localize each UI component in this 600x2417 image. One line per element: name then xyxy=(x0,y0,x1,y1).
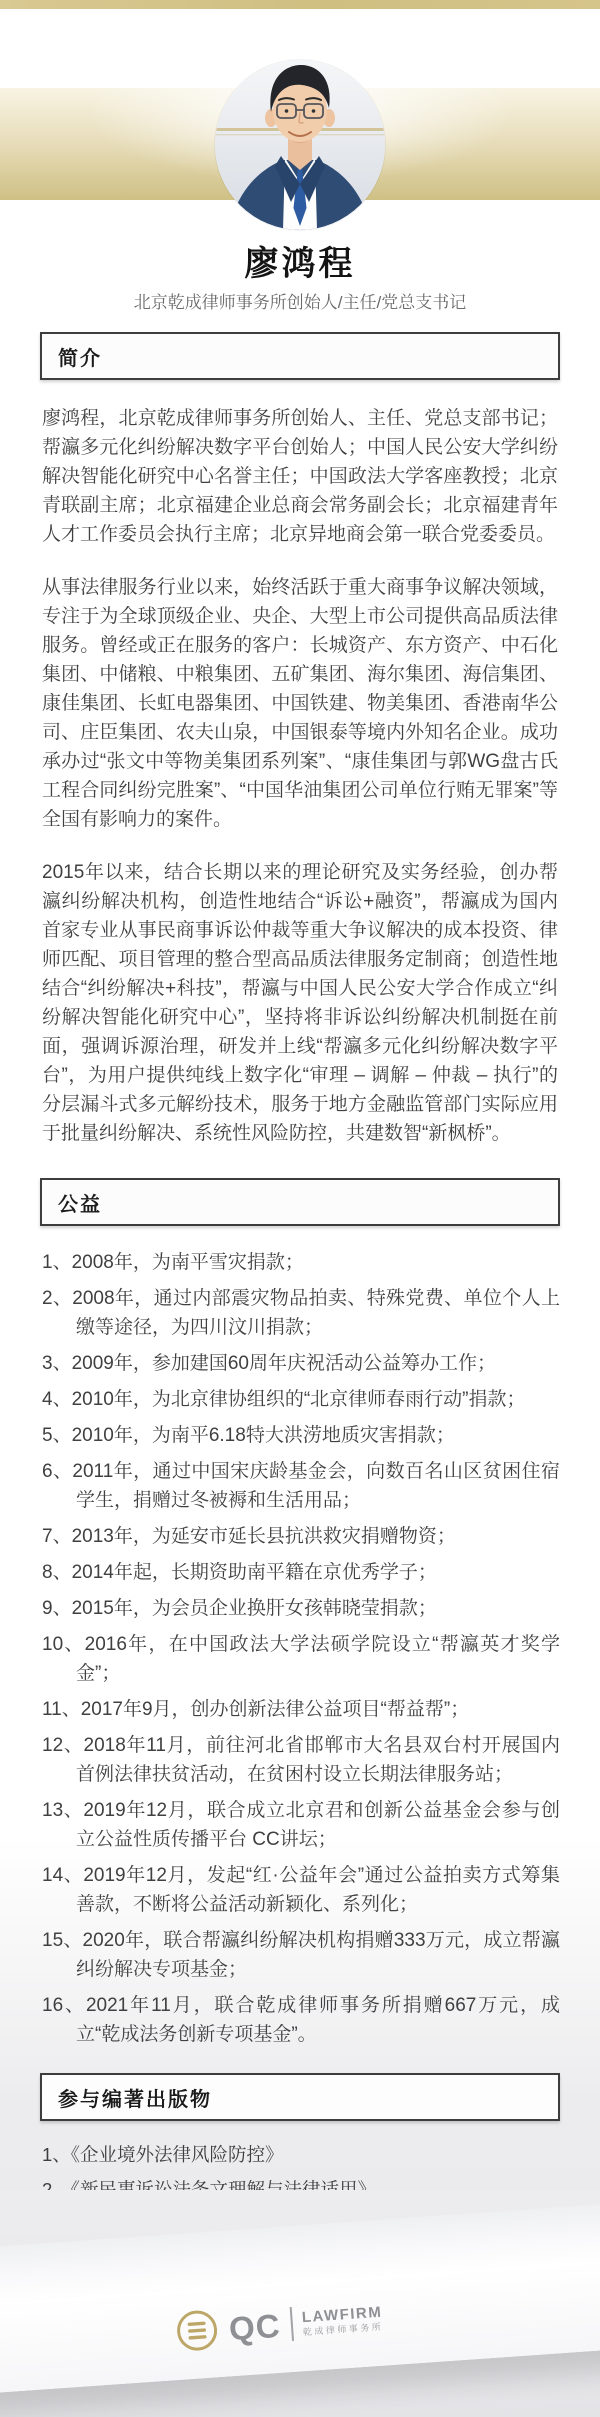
publication-list-item: 1、《企业境外法律风险防控》 xyxy=(42,2137,560,2172)
charity-list-item: 6、2011年，通过中国宋庆龄基金会，向数百名山区贫困住宿学生，捐赠过冬被褥和生… xyxy=(42,1457,560,1515)
charity-list-item: 12、2018年11月，前往河北省邯郸市大名县双台村开展国内首例法律扶贫活动，在… xyxy=(42,1731,560,1789)
charity-list-item: 7、2013年，为延安市延长县抗洪救灾捐赠物资； xyxy=(42,1522,560,1551)
charity-list-item: 11、2017年9月，创办创新法律公益项目“帮益帮”； xyxy=(42,1695,560,1724)
section-heading-publications: 参与编著出版物 xyxy=(40,2073,560,2121)
charity-list-item: 13、2019年12月，联合成立北京君和创新公益基金会参与创立公益性质传播平台 … xyxy=(42,1796,560,1854)
page-title-name: 廖鸿程 xyxy=(0,244,600,284)
intro-paragraph: 廖鸿程，北京乾成律师事务所创始人、主任、党总支部书记；帮瀛多元化纠纷解决数字平台… xyxy=(42,404,558,549)
intro-paragraph: 从事法律服务行业以来，始终活跃于重大商事争议解决领域，专注于为全球顶级企业、央企… xyxy=(42,573,558,834)
charity-list-item: 4、2010年，为北京律协组织的“北京律师春雨行动”捐款； xyxy=(42,1385,560,1414)
top-gold-strip xyxy=(0,0,600,9)
section-heading-intro: 简介 xyxy=(40,332,560,380)
firm-logo: QC LAWFIRM 乾成律师事务所 xyxy=(174,2296,385,2354)
profile-subtitle: 北京乾成律师事务所创始人/主任/党总支书记 xyxy=(0,291,600,315)
charity-list-item: 5、2010年，为南平6.18特大洪涝地质灾害捐款； xyxy=(42,1421,560,1450)
intro-paragraph: 2015年以来，结合长期以来的理论研究及实务经验，创办帮瀛纠纷解决机构，创造性地… xyxy=(42,858,558,1148)
profile-photo xyxy=(215,60,385,230)
charity-list-item: 10、2016年，在中国政法大学法硕学院设立“帮瀛英才奖学金”； xyxy=(42,1630,560,1688)
charity-list-item: 8、2014年起，长期资助南平籍在京优秀学子； xyxy=(42,1558,560,1587)
section-heading-charity: 公益 xyxy=(40,1178,560,1226)
qc-circle-logo-icon xyxy=(174,2307,221,2354)
footer-photo-area: QC LAWFIRM 乾成律师事务所 xyxy=(0,2190,600,2417)
charity-list-item: 2、2008年，通过内部震灾物品拍卖、特殊党费、单位个人上缴等途径，为四川汶川捐… xyxy=(42,1284,560,1342)
charity-list-item: 15、2020年，联合帮瀛纠纷解决机构捐赠333万元，成立帮瀛纠纷解决专项基金； xyxy=(42,1926,560,1984)
charity-list-item: 9、2015年，为会员企业换肝女孩韩晓莹捐款； xyxy=(42,1594,560,1623)
header-gold-band xyxy=(0,88,600,200)
charity-list: 1、2008年，为南平雪灾捐款；2、2008年，通过内部震灾物品拍卖、特殊党费、… xyxy=(42,1248,560,2049)
charity-list-item: 14、2019年12月，发起“红·公益年会”通过公益拍卖方式筹集善款，不断将公益… xyxy=(42,1861,560,1919)
charity-list-item: 3、2009年，参加建国60周年庆祝活动公益筹办工作； xyxy=(42,1349,560,1378)
charity-list-item: 1、2008年，为南平雪灾捐款； xyxy=(42,1248,560,1277)
intro-paragraphs: 廖鸿程，北京乾成律师事务所创始人、主任、党总支部书记；帮瀛多元化纠纷解决数字平台… xyxy=(40,404,560,1148)
profile-page: 廖鸿程 北京乾成律师事务所创始人/主任/党总支书记 简介 廖鸿程，北京乾成律师事… xyxy=(0,0,600,2417)
content-area: 简介 廖鸿程，北京乾成律师事务所创始人、主任、党总支部书记；帮瀛多元化纠纷解决数… xyxy=(0,332,600,2277)
logo-divider xyxy=(289,2307,293,2341)
portrait-illustration xyxy=(215,60,385,230)
charity-list-item: 16、2021年11月，联合乾成律师事务所捐赠667万元，成立“乾成法务创新专项… xyxy=(42,1991,560,2049)
logo-acronym: QC xyxy=(228,2308,282,2345)
